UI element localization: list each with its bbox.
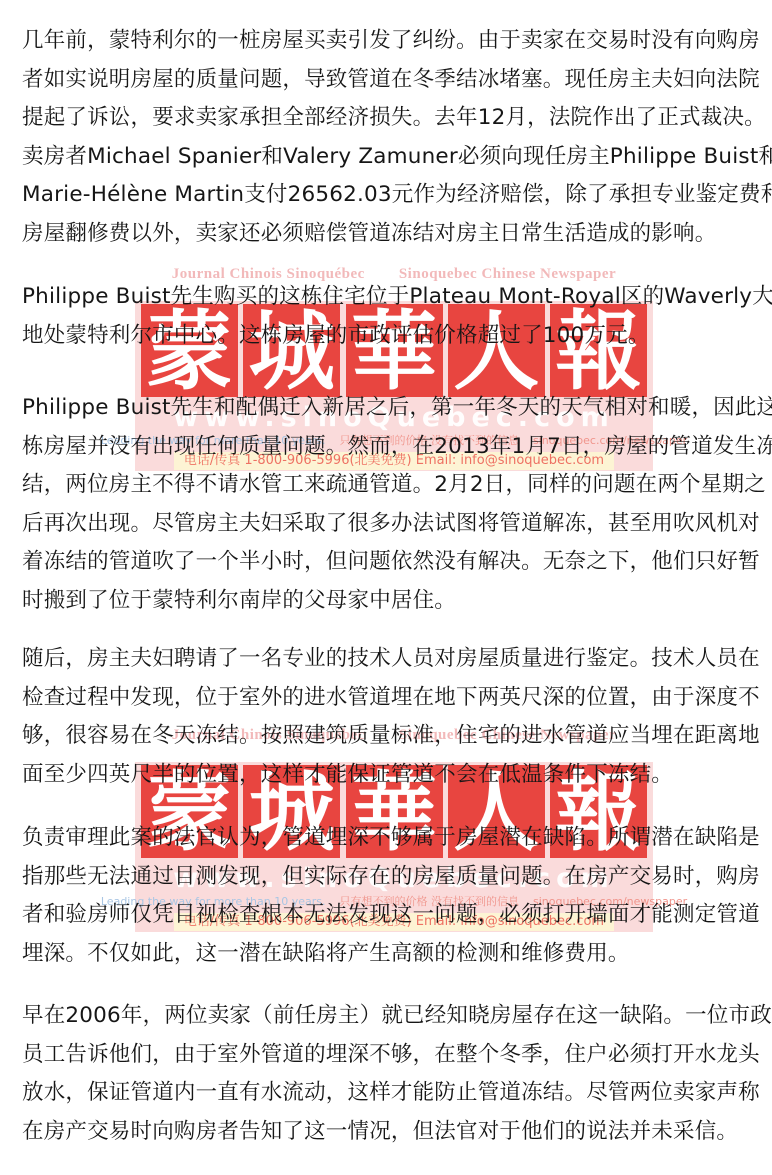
paragraph: 几年前，蒙特利尔的一桩房屋买卖引发了纠纷。由于卖家在交易时没有向购房者如实说明房… xyxy=(22,22,762,253)
paragraph: 早在2006年，两位卖家（前任房主）就已经知晓房屋存在这一缺陷。一位市政员工告诉… xyxy=(22,997,762,1151)
article-page: Journal Chinois Sinoquébec Sinoquebec Ch… xyxy=(0,0,772,1175)
text-line: Philippe Buist先生和配偶迁入新居之后，第一年冬天的天气相对和暖，因… xyxy=(22,389,762,428)
text-line: 面至少四英尺半的位置，这样才能保证管道不会在低温条件下冻结。 xyxy=(22,756,762,795)
text-line: 者和验房师仅凭目视检查根本无法发现这一问题，必须打开墙面才能测定管道 xyxy=(22,896,762,935)
paragraph: Philippe Buist先生和配偶迁入新居之后，第一年冬天的天气相对和暖，因… xyxy=(22,389,762,620)
text-line: 结，两位房主不得不请水管工来疏通管道。2月2日，同样的问题在两个星期之 xyxy=(22,466,762,505)
paragraph: 负责审理此案的法官认为，管道埋深不够属于房屋潜在缺陷。所谓潜在缺陷是指那些无法通… xyxy=(22,819,762,973)
text-line: 够，很容易在冬天冻结。按照建筑质量标准，住宅的进水管道应当埋在距离地 xyxy=(22,717,762,756)
text-line: 时搬到了位于蒙特利尔南岸的父母家中居住。 xyxy=(22,582,762,621)
text-line: 指那些无法通过目测发现，但实际存在的房屋质量问题。在房产交易时，购房 xyxy=(22,858,762,897)
text-line: 早在2006年，两位卖家（前任房主）就已经知晓房屋存在这一缺陷。一位市政 xyxy=(22,997,762,1036)
text-line: 房屋翻修费以外，卖家还必须赔偿管道冻结对房主日常生活造成的影响。 xyxy=(22,215,762,254)
paragraph: Philippe Buist先生购买的这栋住宅位于Plateau Mont-Ro… xyxy=(22,278,762,355)
text-line: 在房产交易时向购房者告知了这一情况，但法官对于他们的说法并未采信。 xyxy=(22,1113,762,1152)
text-line: 负责审理此案的法官认为，管道埋深不够属于房屋潜在缺陷。所谓潜在缺陷是 xyxy=(22,819,762,858)
text-line: 栋房屋并没有出现任何质量问题。然而，在2013年1月7日，房屋的管道发生冻 xyxy=(22,428,762,467)
text-line: 检查过程中发现，位于室外的进水管道埋在地下两英尺深的位置，由于深度不 xyxy=(22,679,762,718)
text-line: Philippe Buist先生购买的这栋住宅位于Plateau Mont-Ro… xyxy=(22,278,762,317)
text-line: 随后，房主夫妇聘请了一名专业的技术人员对房屋质量进行鉴定。技术人员在 xyxy=(22,640,762,679)
text-line: 提起了诉讼，要求卖家承担全部经济损失。去年12月，法院作出了正式裁决。 xyxy=(22,99,762,138)
text-line: 地处蒙特利尔市中心。这栋房屋的市政评估价格超过了100万元。 xyxy=(22,317,762,356)
paragraph: 随后，房主夫妇聘请了一名专业的技术人员对房屋质量进行鉴定。技术人员在检查过程中发… xyxy=(22,640,762,794)
text-line: Marie-Hélène Martin支付26562.03元作为经济赔偿，除了承… xyxy=(22,176,762,215)
text-line: 员工告诉他们，由于室外管道的埋深不够，在整个冬季，住户必须打开水龙头 xyxy=(22,1036,762,1075)
text-line: 后再次出现。尽管房主夫妇采取了很多办法试图将管道解冻，甚至用吹风机对 xyxy=(22,505,762,544)
text-line: 放水，保证管道内一直有水流动，这样才能防止管道冻结。尽管两位卖家声称 xyxy=(22,1074,762,1113)
article-body: 几年前，蒙特利尔的一桩房屋买卖引发了纠纷。由于卖家在交易时没有向购房者如实说明房… xyxy=(0,0,772,1175)
text-line: 着冻结的管道吹了一个半小时，但问题依然没有解决。无奈之下，他们只好暂 xyxy=(22,543,762,582)
text-line: 几年前，蒙特利尔的一桩房屋买卖引发了纠纷。由于卖家在交易时没有向购房 xyxy=(22,22,762,61)
text-line: 卖房者Michael Spanier和Valery Zamuner必须向现任房主… xyxy=(22,138,762,177)
text-line: 者如实说明房屋的质量问题，导致管道在冬季结冰堵塞。现任房主夫妇向法院 xyxy=(22,61,762,100)
text-line: 埋深。不仅如此，这一潜在缺陷将产生高额的检测和维修费用。 xyxy=(22,935,762,974)
